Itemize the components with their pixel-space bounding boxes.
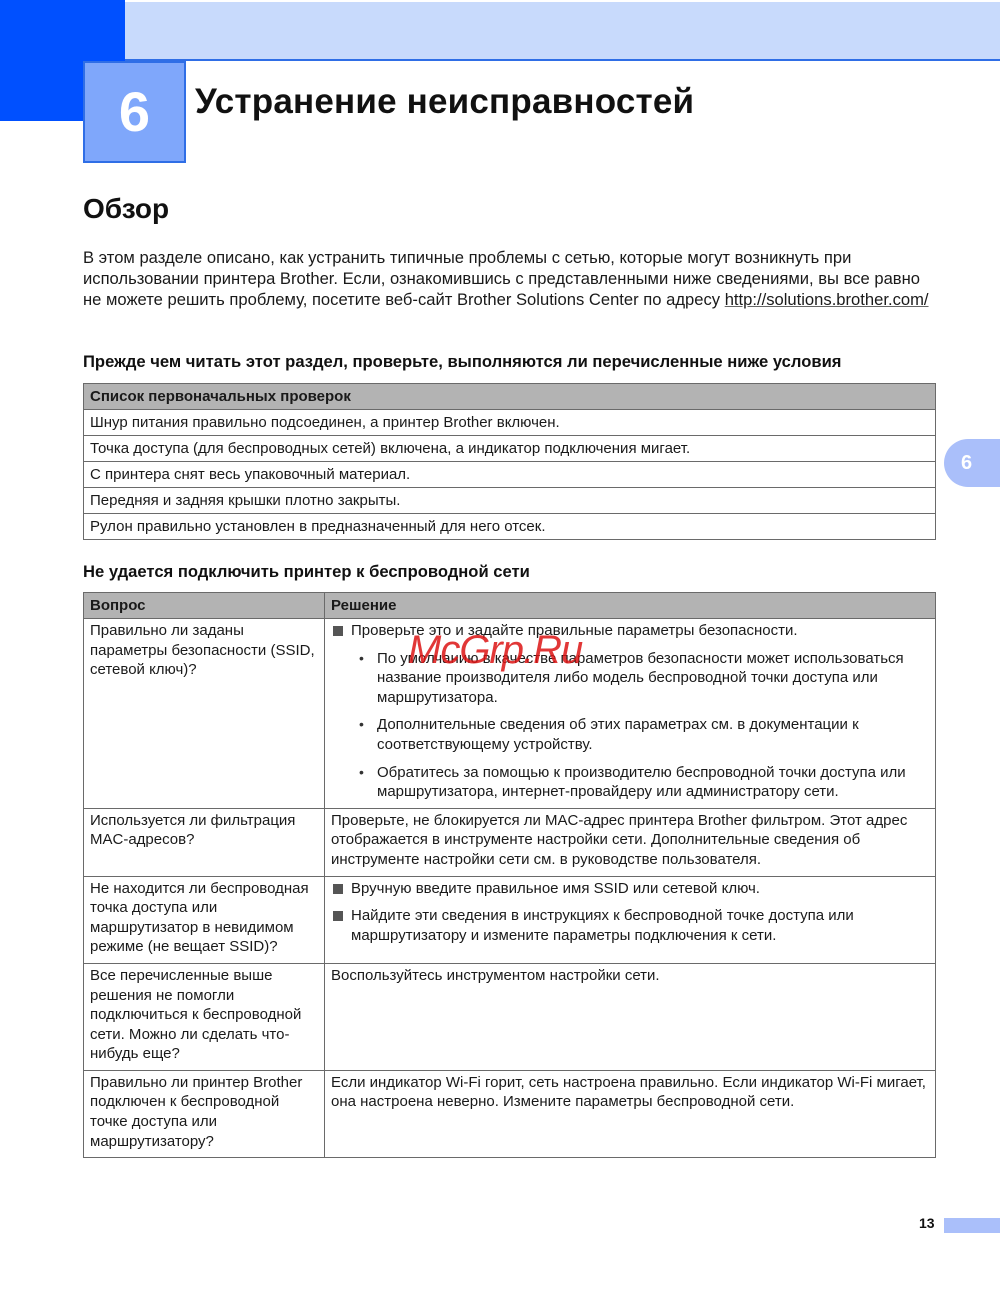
precheck-item: С принтера снят весь упаковочный материа… (84, 462, 936, 488)
question-cell: Используется ли фильтрация MAC-адресов? (84, 808, 325, 876)
question-cell: Правильно ли заданы параметры безопаснос… (84, 619, 325, 809)
page-number: 13 (919, 1215, 935, 1231)
precheck-table: Список первоначальных проверок Шнур пита… (83, 383, 936, 540)
dot-bullet-icon: • (359, 649, 377, 669)
chapter-title: Устранение неисправностей (195, 82, 694, 122)
question-cell: Не находится ли беспроводная точка досту… (84, 876, 325, 963)
square-bullet-icon (333, 884, 343, 894)
header-light-band (125, 2, 1000, 61)
bullet-text: Вручную введите правильное имя SSID или … (351, 879, 760, 899)
table-row: С принтера снят весь упаковочный материа… (84, 462, 936, 488)
table-row: Правильно ли заданы параметры безопаснос… (84, 619, 936, 809)
precheck-item: Передняя и задняя крышки плотно закрыты. (84, 488, 936, 514)
bullet-item: Проверьте это и задайте правильные парам… (331, 621, 929, 641)
chapter-number-box: 6 (83, 61, 186, 163)
precheck-item: Шнур питания правильно подсоединен, а пр… (84, 410, 936, 436)
table-row: Рулон правильно установлен в предназначе… (84, 514, 936, 540)
square-bullet-icon (333, 911, 343, 921)
solution-cell: Если индикатор Wi-Fi горит, сеть настрое… (325, 1070, 936, 1157)
bullet-text: Найдите эти сведения в инструкциях к бес… (351, 906, 929, 945)
precheck-item: Точка доступа (для беспроводных сетей) в… (84, 436, 936, 462)
bullet-item: Вручную введите правильное имя SSID или … (331, 879, 929, 899)
column-header-solution: Решение (325, 593, 936, 619)
bullet-text: Проверьте это и задайте правильные парам… (351, 621, 798, 641)
sub-bullet-text: По умолчанию в качестве параметров безоп… (377, 649, 929, 708)
dot-bullet-icon: • (359, 715, 377, 735)
dot-bullet-icon: • (359, 763, 377, 783)
sub-bullet-item: • Обратитесь за помощью к производителю … (359, 763, 929, 802)
precheck-table-header: Список первоначальных проверок (84, 384, 936, 410)
table-row: Точка доступа (для беспроводных сетей) в… (84, 436, 936, 462)
wireless-table: Вопрос Решение Правильно ли заданы парам… (83, 592, 936, 1158)
sub-bullet-item: • По умолчанию в качестве параметров без… (359, 649, 929, 708)
section-heading-overview: Обзор (83, 193, 169, 225)
wireless-heading: Не удается подключить принтер к беспрово… (83, 562, 530, 582)
page-number-bar (944, 1218, 1000, 1233)
sub-bullet-text: Обратитесь за помощью к производителю бе… (377, 763, 929, 802)
solution-cell: Вручную введите правильное имя SSID или … (325, 876, 936, 963)
solution-cell: Проверьте, не блокируется ли MAC-адрес п… (325, 808, 936, 876)
table-row: Передняя и задняя крышки плотно закрыты. (84, 488, 936, 514)
table-row: Правильно ли принтер Brother подключен к… (84, 1070, 936, 1157)
overview-paragraph: В этом разделе описано, как устранить ти… (83, 247, 933, 310)
table-row: Шнур питания правильно подсоединен, а пр… (84, 410, 936, 436)
solution-cell: Воспользуйтесь инструментом настройки се… (325, 963, 936, 1070)
sub-bullet-item: • Дополнительные сведения об этих параме… (359, 715, 929, 754)
table-row: Не находится ли беспроводная точка досту… (84, 876, 936, 963)
square-bullet-icon (333, 626, 343, 636)
sub-bullet-text: Дополнительные сведения об этих параметр… (377, 715, 929, 754)
solutions-center-link[interactable]: http://solutions.brother.com/ (725, 290, 929, 309)
table-row: Все перечисленные выше решения не помогл… (84, 963, 936, 1070)
column-header-question: Вопрос (84, 593, 325, 619)
solution-cell: Проверьте это и задайте правильные парам… (325, 619, 936, 809)
question-cell: Правильно ли принтер Brother подключен к… (84, 1070, 325, 1157)
precheck-item: Рулон правильно установлен в предназначе… (84, 514, 936, 540)
bullet-item: Найдите эти сведения в инструкциях к бес… (331, 906, 929, 945)
precheck-heading: Прежде чем читать этот раздел, проверьте… (83, 352, 841, 372)
question-cell: Все перечисленные выше решения не помогл… (84, 963, 325, 1070)
table-row: Используется ли фильтрация MAC-адресов? … (84, 808, 936, 876)
chapter-side-tab[interactable]: 6 (944, 439, 1000, 487)
